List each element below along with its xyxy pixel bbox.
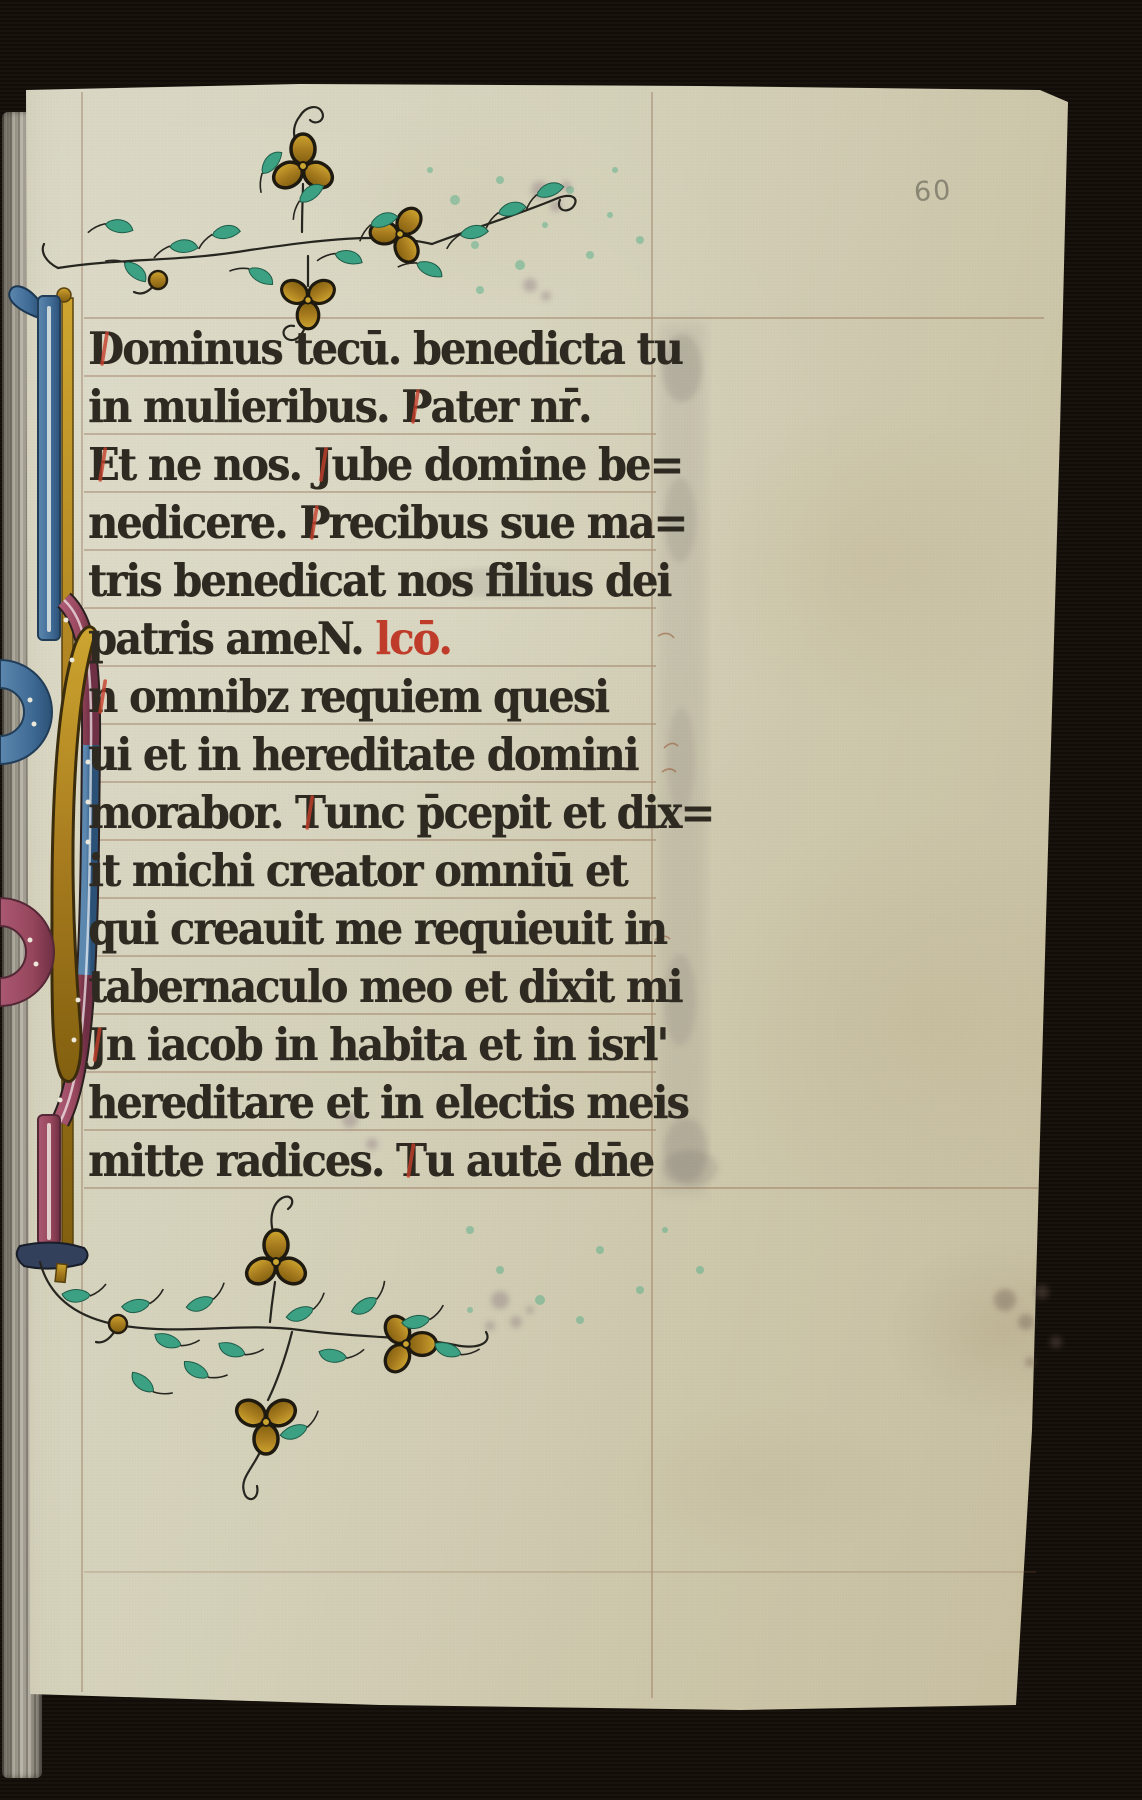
manuscript-line: mitte radices. Tu autē dn̄e bbox=[88, 1134, 653, 1188]
line-text: in mulieribus. bbox=[88, 380, 401, 433]
line-text: tabernaculo meo et dixit mi bbox=[88, 960, 682, 1013]
line-text: D bbox=[88, 322, 122, 376]
line-text: unc p̄cepit et dix= bbox=[324, 786, 713, 839]
manuscript-line: qui creauit me requieuit in bbox=[88, 902, 666, 956]
line-text: it michi creator omniū et bbox=[88, 844, 627, 897]
manuscript-line: tris benedicat nos filius dei bbox=[88, 554, 670, 608]
line-text: patris ameN. bbox=[88, 612, 375, 665]
line-text: E bbox=[88, 438, 118, 492]
line-text: ominus tecū. benedicta tu bbox=[122, 322, 682, 375]
manuscript-photo: Dominus tecū. benedicta tuin mulieribus.… bbox=[0, 0, 1142, 1800]
line-text: hereditare et in electis meis bbox=[88, 1076, 688, 1129]
manuscript-line: tabernaculo meo et dixit mi bbox=[88, 960, 682, 1014]
folio-number: 60 bbox=[913, 175, 953, 208]
rubric-text: lcō. bbox=[375, 612, 451, 665]
manuscript-line: n omnibz requiem quesi bbox=[88, 670, 608, 724]
line-text: t ne nos. bbox=[118, 438, 314, 491]
line-text: ater nr̄. bbox=[430, 380, 590, 433]
line-text: recibus sue ma= bbox=[329, 496, 687, 549]
line-text: J bbox=[88, 1018, 106, 1072]
line-text: n iacob in habita et in isrl' bbox=[106, 1018, 667, 1071]
line-text: ube domine be= bbox=[331, 438, 682, 491]
manuscript-line: ui et in hereditate domini bbox=[88, 728, 638, 782]
manuscript-line: Et ne nos. Jube domine be= bbox=[88, 438, 682, 492]
line-text: n bbox=[88, 670, 116, 724]
text-block: Dominus tecū. benedicta tuin mulieribus.… bbox=[0, 0, 1142, 1800]
line-text: ui et in hereditate domini bbox=[88, 728, 638, 781]
line-text: nedicere. bbox=[88, 496, 299, 549]
line-text: tris benedicat nos filius dei bbox=[88, 554, 670, 607]
line-text: morabor. bbox=[88, 786, 295, 839]
manuscript-line: Jn iacob in habita et in isrl' bbox=[88, 1018, 667, 1072]
line-text: mitte radices. bbox=[88, 1134, 396, 1187]
line-text: T bbox=[295, 786, 324, 840]
manuscript-line: morabor. Tunc p̄cepit et dix= bbox=[88, 786, 713, 840]
manuscript-line: it michi creator omniū et bbox=[88, 844, 627, 898]
manuscript-line: patris ameN. lcō. bbox=[88, 612, 451, 666]
line-text: omnibz requiem quesi bbox=[116, 670, 608, 723]
line-text: J bbox=[314, 438, 332, 492]
manuscript-line: hereditare et in electis meis bbox=[88, 1076, 688, 1130]
manuscript-line: nedicere. Precibus sue ma= bbox=[88, 496, 686, 550]
line-text: u autē dn̄e bbox=[425, 1134, 653, 1187]
manuscript-line: Dominus tecū. benedicta tu bbox=[88, 322, 682, 376]
line-text: P bbox=[299, 496, 328, 550]
manuscript-line: in mulieribus. Pater nr̄. bbox=[88, 380, 590, 434]
line-text: T bbox=[396, 1134, 425, 1188]
line-text: qui creauit me requieuit in bbox=[88, 902, 666, 955]
line-text: P bbox=[401, 380, 430, 434]
